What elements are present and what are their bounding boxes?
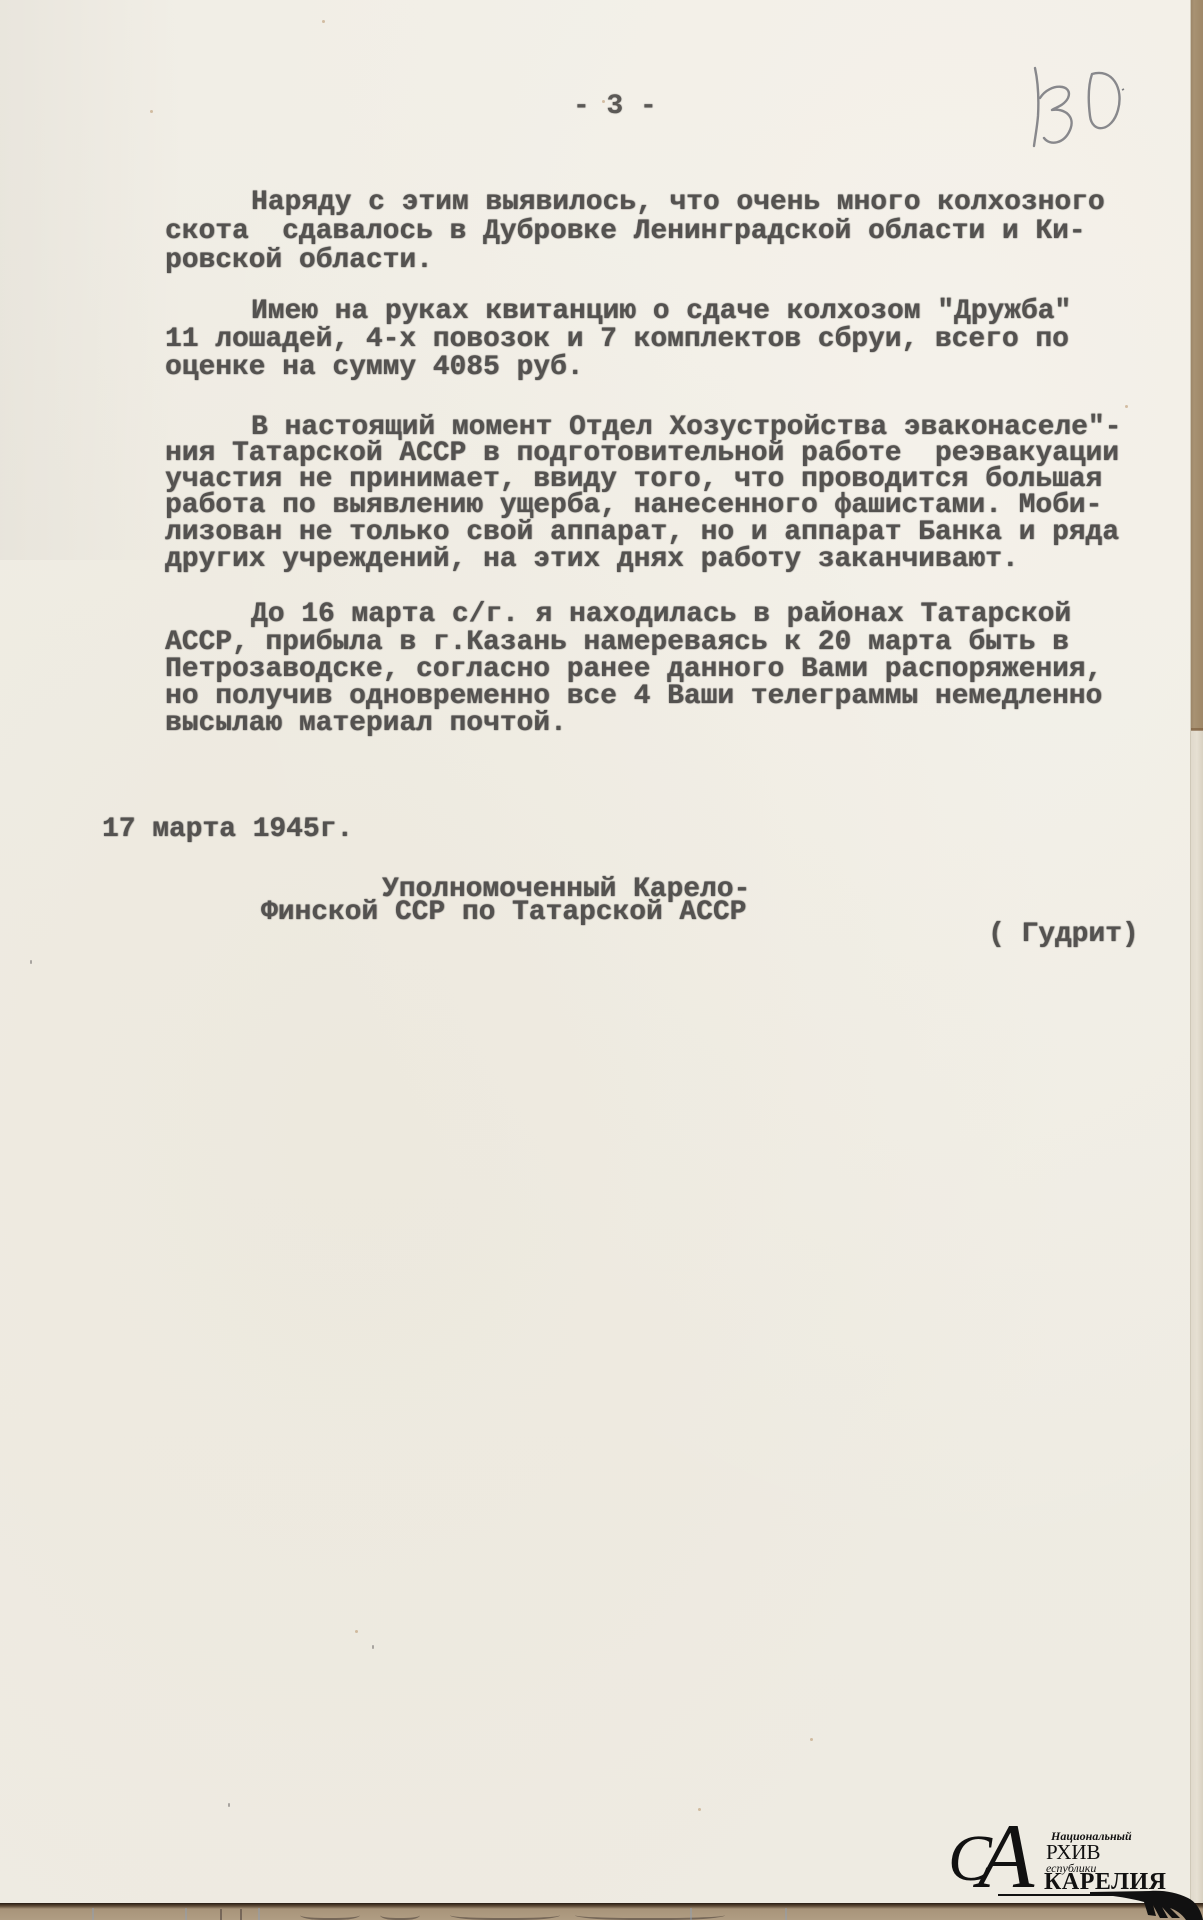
handwritten-folio-number: 130 <box>1030 60 1125 152</box>
paragraph-4-line-5: высылаю материал почтой. <box>165 709 567 739</box>
ruled-line <box>92 1908 94 1920</box>
paper-speck <box>150 110 153 113</box>
background-board <box>1188 0 1203 730</box>
paper-speck <box>322 20 325 23</box>
page-number: - 3 - <box>573 92 657 122</box>
handwriting-fragment <box>575 1908 725 1920</box>
handwriting-fragment <box>300 1908 360 1920</box>
handwriting-fragment <box>380 1908 420 1920</box>
pencil-130-glyphs <box>1030 60 1125 152</box>
ruled-line <box>785 1908 787 1920</box>
handwriting-fragment <box>220 1909 222 1920</box>
paragraph-3-line-6: других учреждений, на этих днях работу з… <box>165 545 1019 575</box>
document-page: - 3 - 130 Наряду с этим выявилось, что о… <box>0 0 1190 1903</box>
archive-watermark-logo: С А Национальный РХИВ еспублики КАРЕЛИЯ <box>940 1790 1203 1920</box>
handwriting-fragment <box>450 1908 560 1920</box>
folio-number-text: 130 <box>1030 60 1031 61</box>
paper-speck <box>372 1645 374 1649</box>
paragraph-1-line-2: скота сдавалось в Дубровке Ленинградской… <box>165 217 1086 247</box>
paper-speck <box>228 1803 230 1807</box>
paragraph-2-line-2: 11 лошадей, 4-х повозок и 7 комплектов с… <box>165 325 1069 355</box>
handwriting-fragment <box>240 1909 242 1920</box>
ruled-line <box>690 1908 692 1920</box>
paper-speck <box>30 960 32 964</box>
ruled-line <box>185 1908 187 1920</box>
paper-speck <box>1125 405 1128 408</box>
paragraph-4-line-1: До 16 марта с/г. я находилась в районах … <box>251 600 1071 630</box>
paragraph-2-line-1: Имею на руках квитанцию о сдаче колхозом… <box>251 297 1071 327</box>
paper-speck <box>810 1738 813 1741</box>
paragraph-1-line-1: Наряду с этим выявилось, что очень много… <box>251 188 1105 218</box>
paragraph-2-line-3: оценке на сумму 4085 руб. <box>165 353 583 383</box>
paper-speck <box>355 1630 358 1633</box>
ruled-line <box>258 1908 260 1920</box>
paragraph-1-line-3: ровской области. <box>165 246 433 276</box>
paper-shading <box>0 0 180 560</box>
signatory-name: ( Гудрит) <box>988 920 1139 950</box>
quill-feather-icon <box>1090 1888 1203 1920</box>
document-date: 17 марта 1945г. <box>102 815 353 845</box>
signatory-title-line-2: Финской ССР по Татарской АССР <box>261 898 746 928</box>
underlying-sheet-edge <box>1188 730 1203 1920</box>
logo-text-archive: РХИВ <box>1046 1842 1101 1863</box>
logo-initial-a: А <box>978 1810 1034 1902</box>
paper-speck <box>698 1808 701 1811</box>
